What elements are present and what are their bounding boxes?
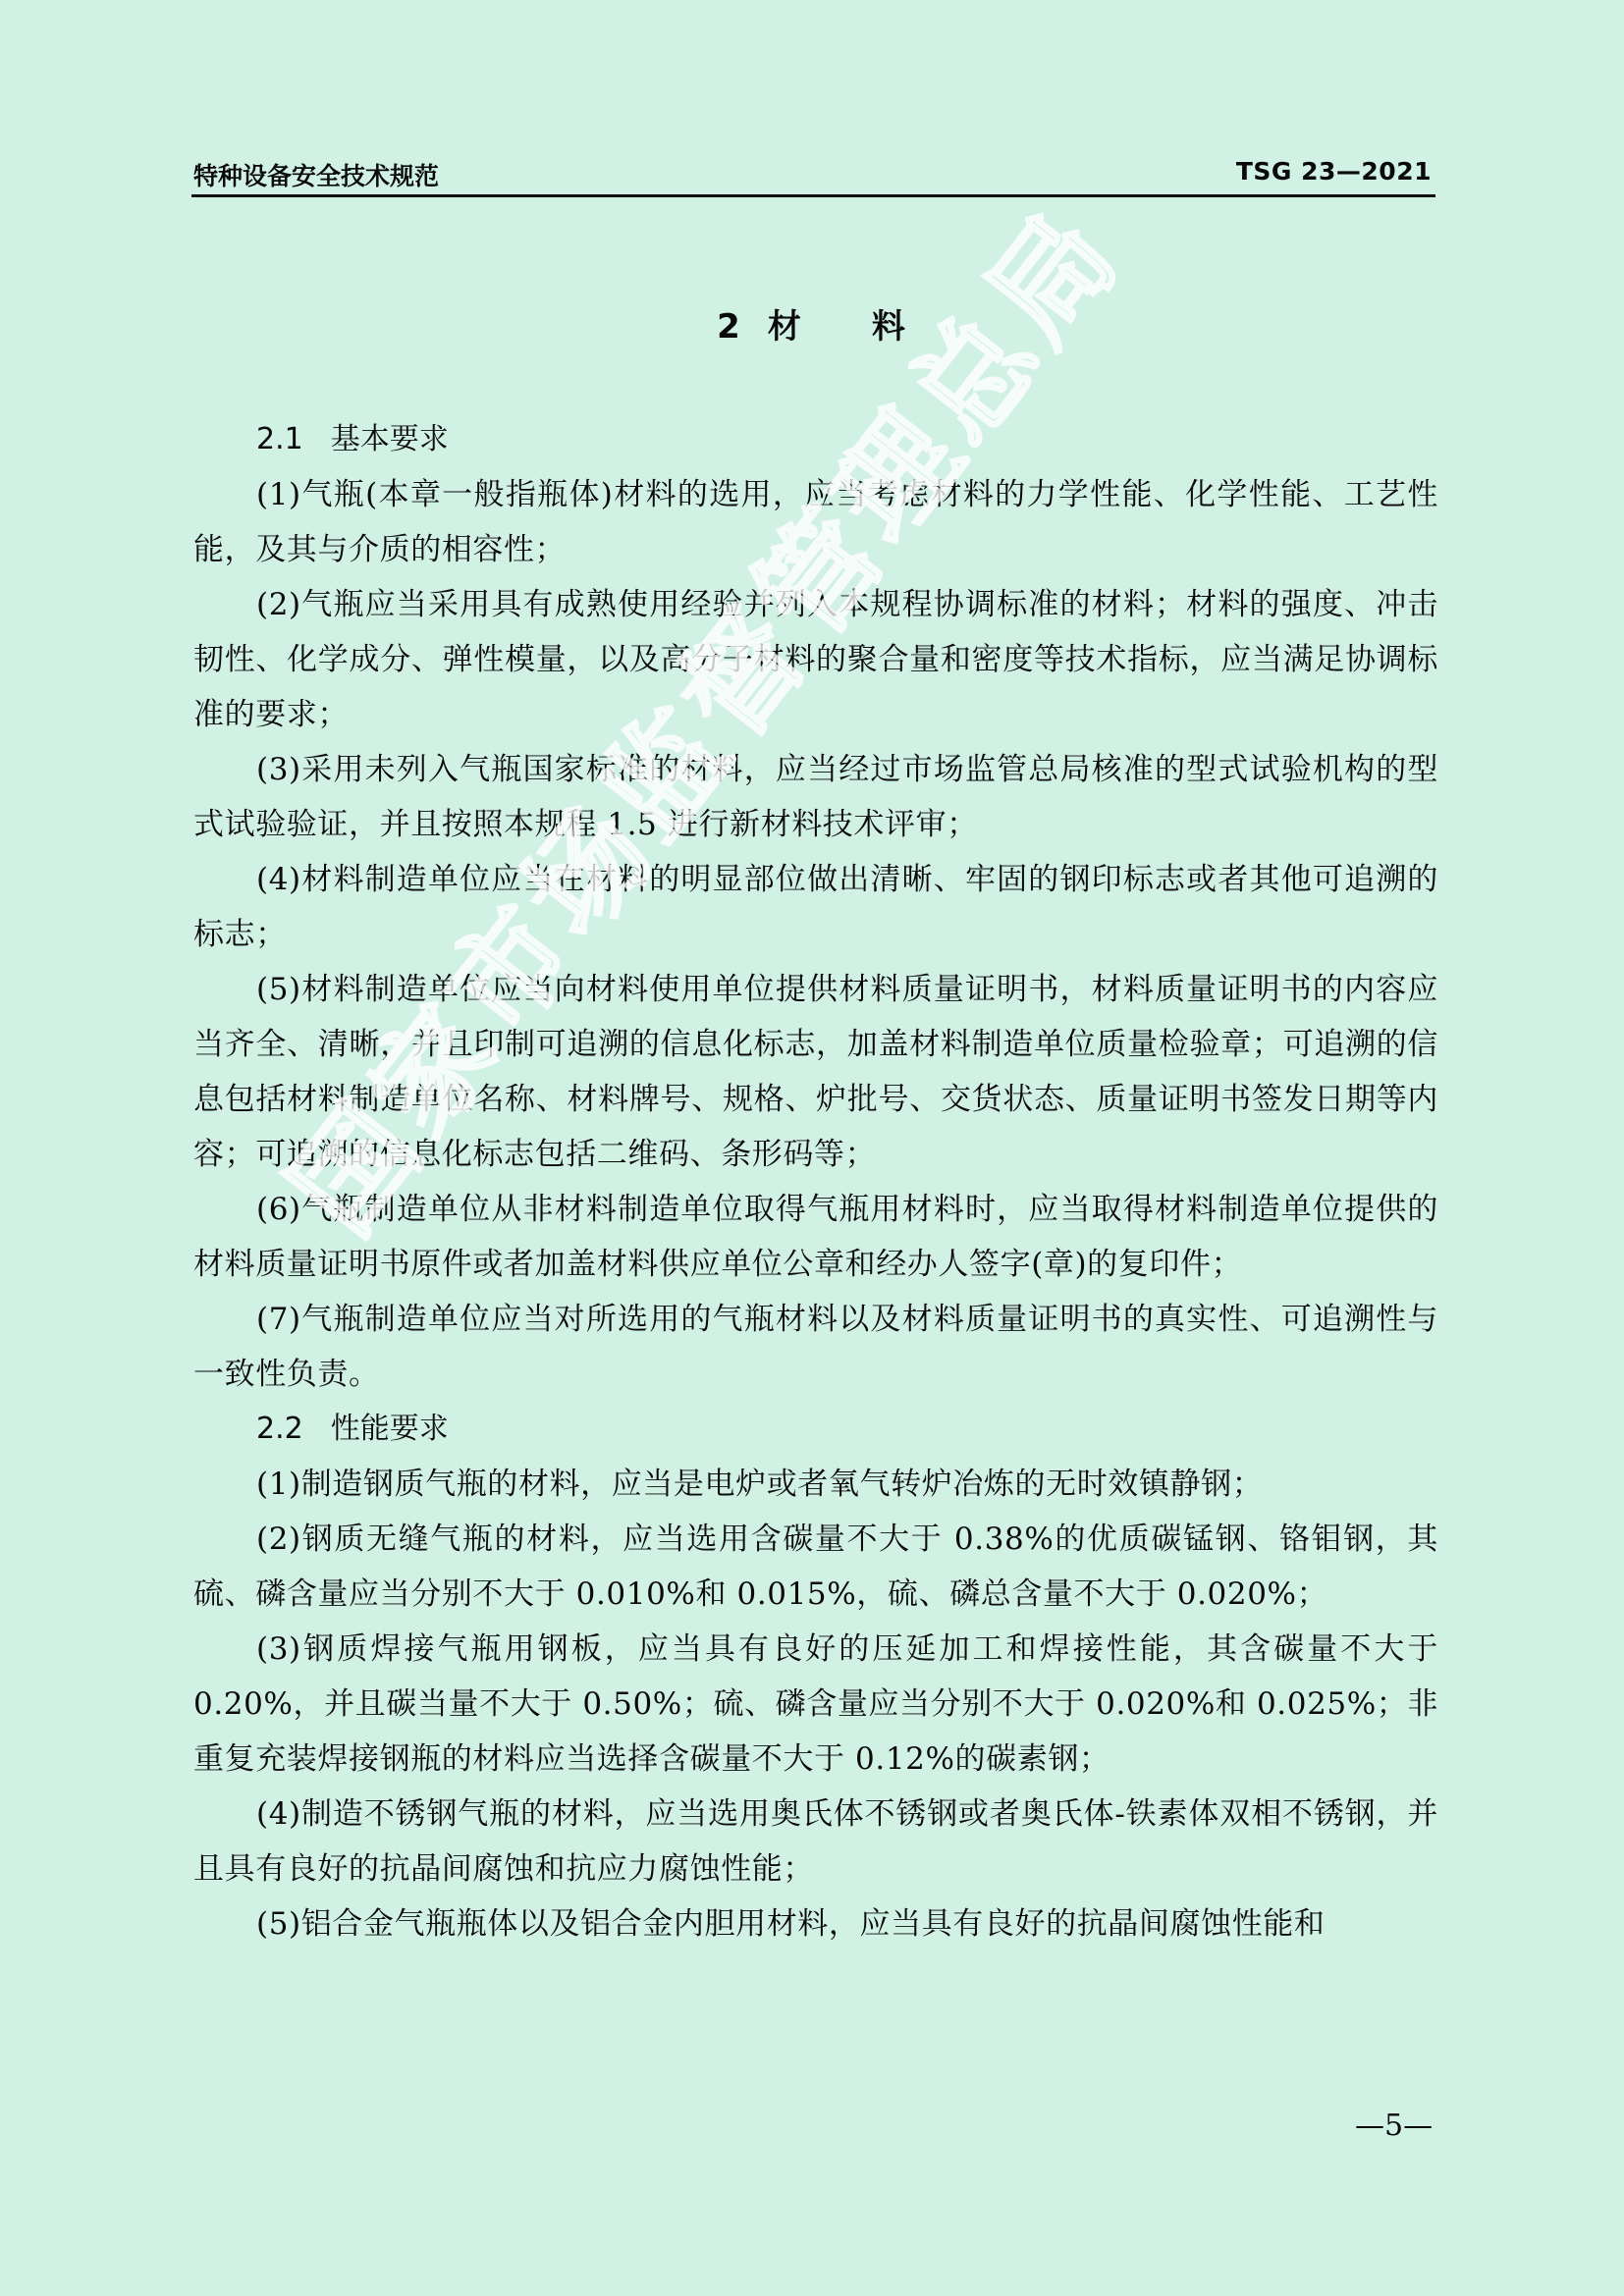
section-heading-2-1: 2.1基本要求	[193, 412, 1438, 467]
list-item: (6)气瓶制造单位从非材料制造单位取得气瓶用材料时，应当取得材料制造单位提供的材…	[193, 1182, 1438, 1292]
running-header: 特种设备安全技术规范 TSG 23—2021	[191, 155, 1435, 197]
list-item: (4)材料制造单位应当在材料的明显部位做出清晰、牢固的钢印标志或者其他可追溯的标…	[193, 852, 1438, 962]
section-title: 基本要求	[331, 422, 449, 456]
page-number: —5—	[1355, 2109, 1433, 2143]
list-item: (4)制造不锈钢气瓶的材料，应当选用奥氏体不锈钢或者奥氏体-铁素体双相不锈钢，并…	[193, 1787, 1438, 1896]
list-item: (5)铝合金气瓶瓶体以及铝合金内胆用材料，应当具有良好的抗晶间腐蚀性能和	[193, 1896, 1438, 1951]
list-item: (2)钢质无缝气瓶的材料，应当选用含碳量不大于 0.38%的优质碳锰钢、铬钼钢，…	[193, 1512, 1438, 1622]
list-item: (2)气瓶应当采用具有成熟使用经验并列入本规程协调标准的材料；材料的强度、冲击韧…	[193, 577, 1438, 742]
section-number: 2.2	[256, 1412, 303, 1446]
section-number: 2.1	[256, 422, 303, 456]
section-title: 性能要求	[331, 1412, 449, 1446]
chapter-title: 2材料	[0, 299, 1624, 347]
list-item: (3)采用未列入气瓶国家标准的材料，应当经过市场监管总局核准的型式试验机构的型式…	[193, 742, 1438, 852]
list-item: (7)气瓶制造单位应当对所选用的气瓶材料以及材料质量证明书的真实性、可追溯性与一…	[193, 1292, 1438, 1402]
chapter-title-char-2: 料	[872, 307, 907, 347]
chapter-title-char-1: 材	[768, 307, 803, 347]
header-standard-code: TSG 23—2021	[1236, 157, 1432, 186]
chapter-number: 2	[717, 307, 742, 347]
page-body: 2.1基本要求 (1)气瓶(本章一般指瓶体)材料的选用，应当考虑材料的力学性能、…	[193, 412, 1438, 1951]
list-item: (5)材料制造单位应当向材料使用单位提供材料质量证明书，材料质量证明书的内容应当…	[193, 962, 1438, 1182]
list-item: (1)气瓶(本章一般指瓶体)材料的选用，应当考虑材料的力学性能、化学性能、工艺性…	[193, 467, 1438, 577]
list-item: (3)钢质焊接气瓶用钢板，应当具有良好的压延加工和焊接性能，其含碳量不大于 0.…	[193, 1622, 1438, 1787]
header-document-category: 特种设备安全技术规范	[193, 157, 439, 192]
list-item: (1)制造钢质气瓶的材料，应当是电炉或者氧气转炉冶炼的无时效镇静钢；	[193, 1457, 1438, 1512]
section-heading-2-2: 2.2性能要求	[193, 1402, 1438, 1457]
